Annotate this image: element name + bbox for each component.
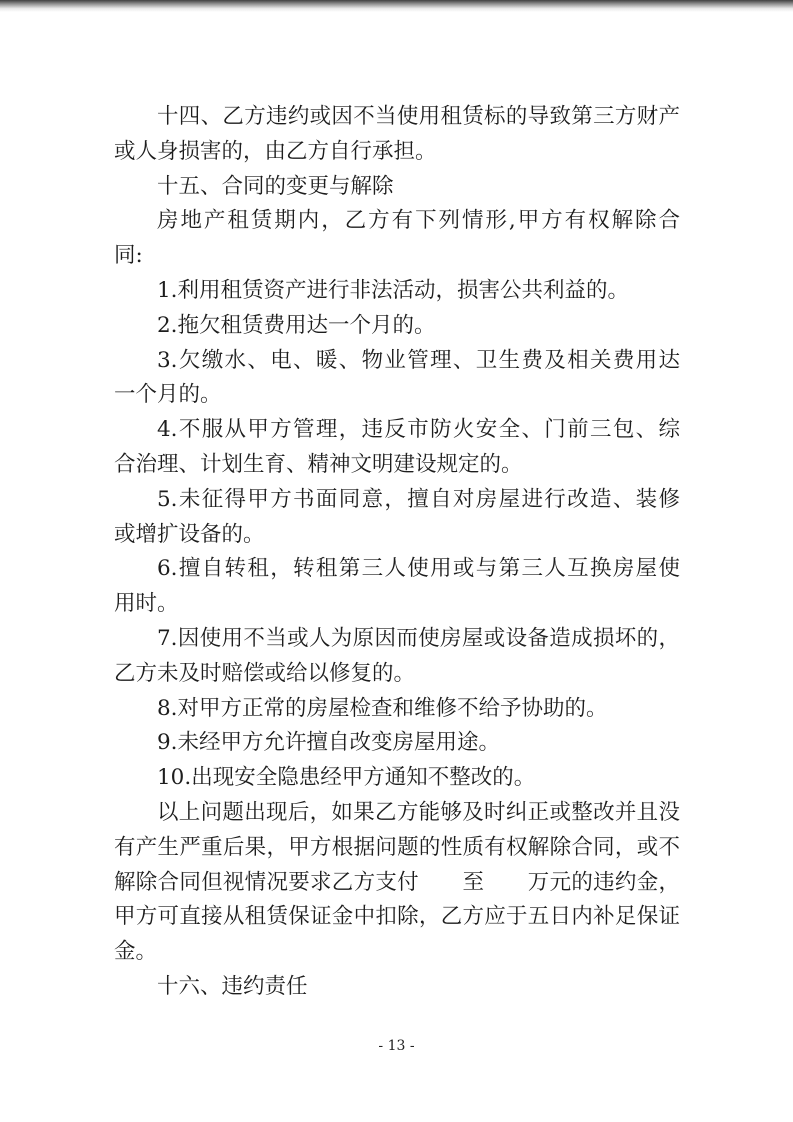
page-number: - 13 - [0, 1038, 793, 1054]
paragraph: 十五、合同的变更与解除 [114, 170, 680, 205]
text-line: 2.拖欠租赁费用达一个月的。 [114, 309, 680, 344]
text-line: 乙方未及时赔偿或给以修复的。 [114, 657, 680, 692]
text-line: 7.因使用不当或人为原因而使房屋或设备造成损坏的， [114, 622, 680, 657]
paragraph: 5.未征得甲方书面同意，擅自对房屋进行改造、装修或增扩设备的。 [114, 483, 680, 553]
text-line: 5.未征得甲方书面同意，擅自对房屋进行改造、装修 [114, 483, 680, 518]
text-line: 以上问题出现后，如果乙方能够及时纠正或整改并且没 [114, 796, 680, 831]
paragraph: 以上问题出现后，如果乙方能够及时纠正或整改并且没有产生严重后果，甲方根据问题的性… [114, 796, 680, 970]
paragraph: 7.因使用不当或人为原因而使房屋或设备造成损坏的，乙方未及时赔偿或给以修复的。 [114, 622, 680, 692]
text-line: 金。 [114, 935, 680, 970]
text-line: 3.欠缴水、电、暖、物业管理、卫生费及相关费用达 [114, 344, 680, 379]
text-line: 或增扩设备的。 [114, 518, 680, 553]
paragraph: 9.未经甲方允许擅自改变房屋用途。 [114, 726, 680, 761]
paragraph: 房地产租赁期内，乙方有下列情形,甲方有权解除合同: [114, 204, 680, 274]
text-line: 1.利用租赁资产进行非法活动，损害公共利益的。 [114, 274, 680, 309]
text-line: 10.出现安全隐患经甲方通知不整改的。 [114, 761, 680, 796]
text-line: 十四、乙方违约或因不当使用租赁标的导致第三方财产 [114, 100, 680, 135]
paragraph: 8.对甲方正常的房屋检查和维修不给予协助的。 [114, 692, 680, 727]
paragraph: 2.拖欠租赁费用达一个月的。 [114, 309, 680, 344]
scan-edge-shadow [0, 0, 793, 12]
text-line: 6.擅自转租，转租第三人使用或与第三人互换房屋使 [114, 552, 680, 587]
contract-page: 十四、乙方违约或因不当使用租赁标的导致第三方财产或人身损害的，由乙方自行承担。十… [0, 0, 793, 1122]
text-line: 合治理、计划生育、精神文明建设规定的。 [114, 448, 680, 483]
text-line: 十六、违约责任 [114, 970, 680, 1005]
paragraph: 3.欠缴水、电、暖、物业管理、卫生费及相关费用达一个月的。 [114, 344, 680, 414]
text-line: 或人身损害的，由乙方自行承担。 [114, 135, 680, 170]
text-line: 9.未经甲方允许擅自改变房屋用途。 [114, 726, 680, 761]
text-line: 同: [114, 239, 680, 274]
text-line: 用时。 [114, 587, 680, 622]
contract-body: 十四、乙方违约或因不当使用租赁标的导致第三方财产或人身损害的，由乙方自行承担。十… [114, 100, 680, 1005]
paragraph: 6.擅自转租，转租第三人使用或与第三人互换房屋使用时。 [114, 552, 680, 622]
paragraph: 4.不服从甲方管理，违反市防火安全、门前三包、综合治理、计划生育、精神文明建设规… [114, 413, 680, 483]
text-line: 一个月的。 [114, 378, 680, 413]
text-line: 8.对甲方正常的房屋检查和维修不给予协助的。 [114, 692, 680, 727]
paragraph: 十六、违约责任 [114, 970, 680, 1005]
text-line: 房地产租赁期内，乙方有下列情形,甲方有权解除合 [114, 204, 680, 239]
text-line: 甲方可直接从租赁保证金中扣除，乙方应于五日内补足保证 [114, 900, 680, 935]
paragraph: 十四、乙方违约或因不当使用租赁标的导致第三方财产或人身损害的，由乙方自行承担。 [114, 100, 680, 170]
text-line: 十五、合同的变更与解除 [114, 170, 680, 205]
paragraph: 10.出现安全隐患经甲方通知不整改的。 [114, 761, 680, 796]
text-line: 4.不服从甲方管理，违反市防火安全、门前三包、综 [114, 413, 680, 448]
text-line: 解除合同但视情况要求乙方支付 至 万元的违约金， [114, 866, 680, 901]
paragraph: 1.利用租赁资产进行非法活动，损害公共利益的。 [114, 274, 680, 309]
text-line: 有产生严重后果，甲方根据问题的性质有权解除合同，或不 [114, 831, 680, 866]
